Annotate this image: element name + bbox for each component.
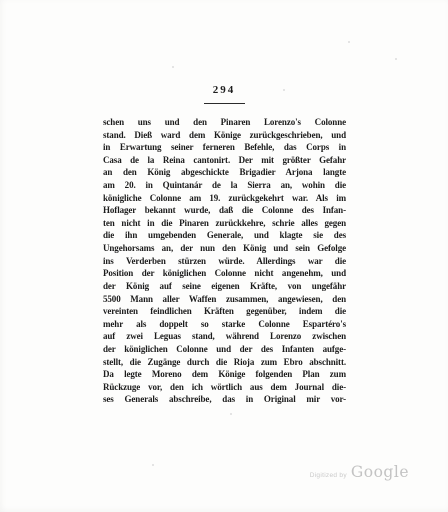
text-line: der König auf seine eigenen Kräfte, von …: [103, 280, 346, 293]
scan-speck: [152, 464, 154, 466]
scan-speck: [230, 413, 232, 415]
text-line: Position der königlichen Colonne nicht a…: [103, 267, 346, 280]
page-number: 294: [0, 84, 448, 96]
page-number-rule: [204, 103, 245, 104]
page-text-block: schen uns und den Pinaren Lorenzo's Colo…: [103, 116, 346, 406]
text-line: an den König abgeschickte Brigadier Arjo…: [103, 166, 346, 179]
text-line: königliche Colonne am 19. zurückgekehrt …: [103, 192, 346, 205]
text-line: schen uns und den Pinaren Lorenzo's Colo…: [103, 116, 346, 129]
text-line: mehr als doppelt so starke Colonne Espar…: [103, 318, 346, 331]
text-line: Ungehorsams an, der nun den König und se…: [103, 242, 346, 255]
scan-speck: [283, 89, 285, 91]
text-line: stand. Dieß ward dem Könige zurückgeschr…: [103, 129, 346, 142]
scan-speck: [395, 58, 397, 60]
text-line: ins Verderben stürzen würde. Allerdings …: [103, 255, 346, 268]
text-line: auf zwei Leguas stand, während Lorenzo z…: [103, 330, 346, 343]
text-line: der königlichen Colonne und der des Infa…: [103, 343, 346, 356]
text-line: Rückzuge vor, den ich wörtlich aus dem J…: [103, 381, 346, 394]
text-line: vereinten feindlichen Kräften gegenüber,…: [103, 305, 346, 318]
text-line: am 20. in Quintanár de la Sierra an, woh…: [103, 179, 346, 192]
text-line: stellt, die Zugänge durch die Rioja zum …: [103, 356, 346, 369]
scan-speck: [348, 41, 350, 43]
text-line: Hoflager bekannt wurde, daß die Colonne …: [103, 204, 346, 217]
text-line: ses Generals abschreibe, das in Original…: [103, 393, 346, 406]
scan-speck: [172, 66, 174, 68]
text-line: die ihn umgebenden Generale, und klagte …: [103, 229, 346, 242]
digitized-by-watermark: Digitized by Google: [310, 463, 409, 481]
text-line: ten nicht in die Pinaren zurückkehre, sc…: [103, 217, 346, 230]
text-line: Casa de la Reina cantonirt. Der mit größ…: [103, 154, 346, 167]
google-logo: Google: [351, 463, 409, 481]
text-line: 5500 Mann aller Waffen zusammen, angewie…: [103, 293, 346, 306]
digitized-by-label: Digitized by: [310, 472, 347, 479]
text-line: Da legte Moreno dem Könige folgenden Pla…: [103, 368, 346, 381]
book-page-scan: 294 schen uns und den Pinaren Lorenzo's …: [0, 0, 448, 512]
text-line: in Erwartung seiner ferneren Befehle, da…: [103, 141, 346, 154]
